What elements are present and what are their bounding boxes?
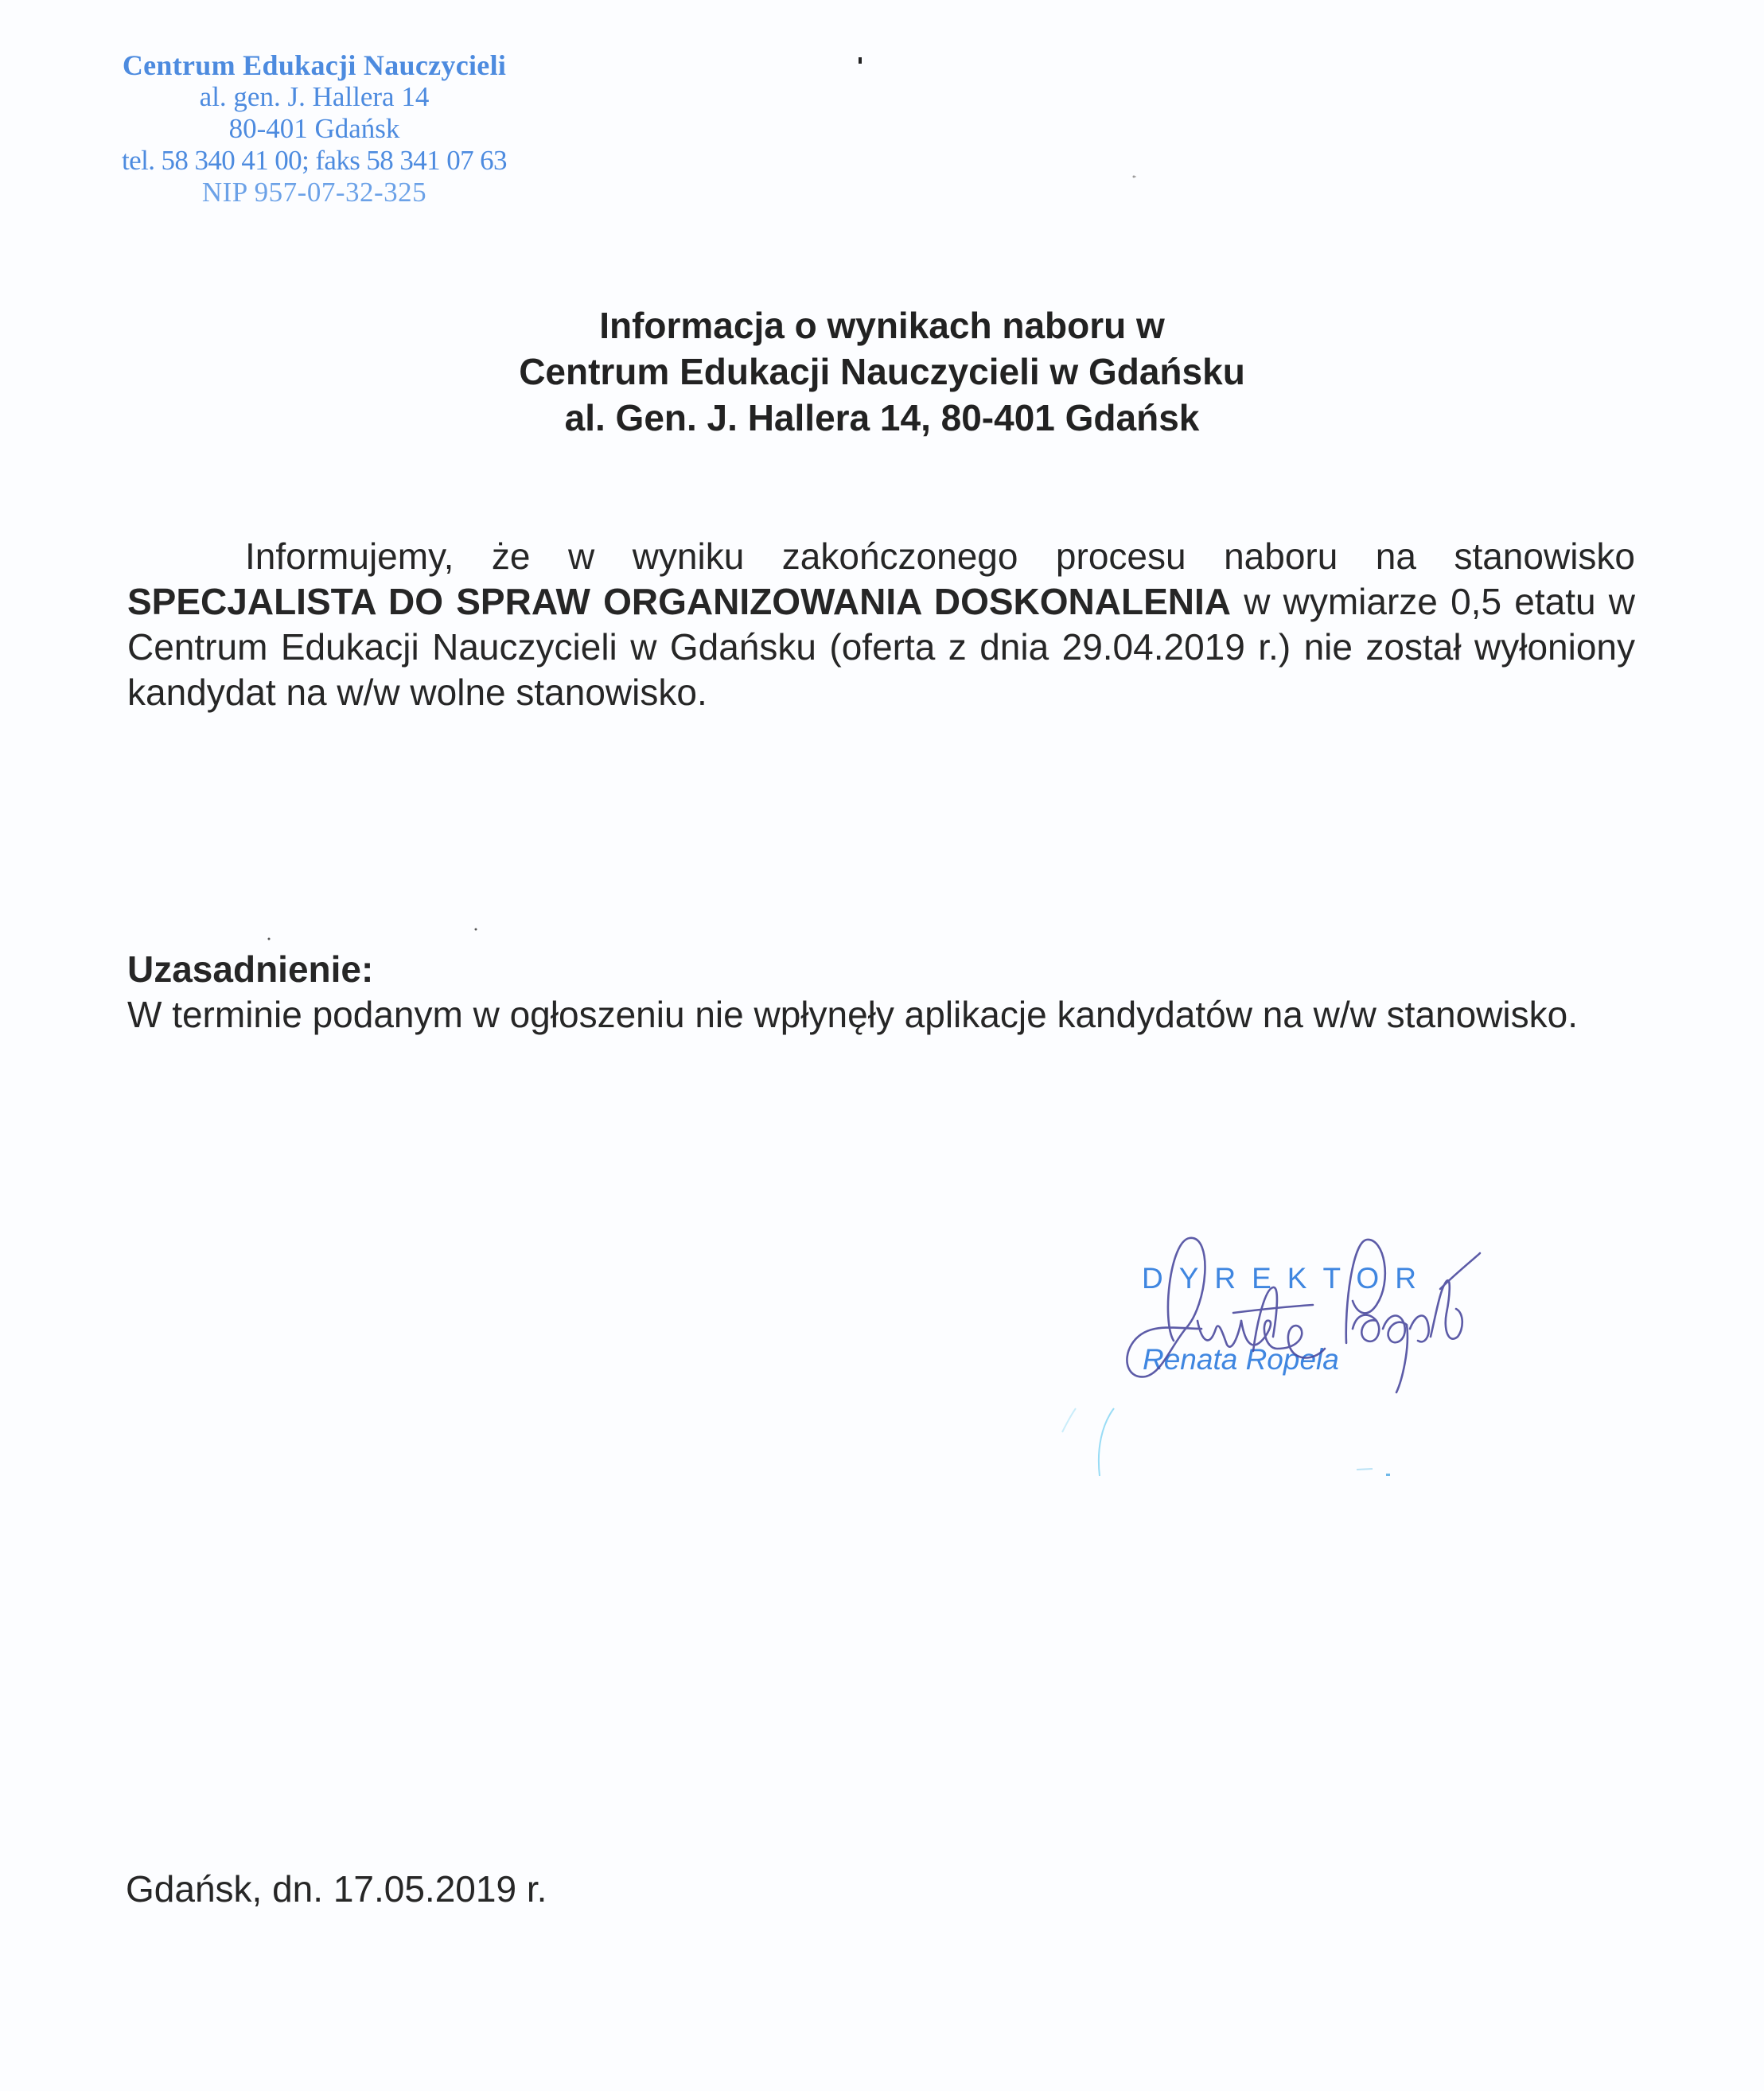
stamp-phone-fax: tel. 58 340 41 00; faks 58 341 07 63: [95, 145, 533, 177]
justification-section: Uzasadnienie: W terminie podanym w ogłos…: [127, 947, 1635, 1038]
document-date: Gdańsk, dn. 17.05.2019 r.: [126, 1867, 547, 1912]
stamp-street-address: al. gen. J. Hallera 14: [95, 81, 533, 113]
stamp-institution-name: Centrum Edukacji Nauczycieli: [95, 49, 533, 81]
handwritten-signature-icon: [1114, 1209, 1480, 1416]
director-signature-block: DYREKTOR Renata Ropela: [1114, 1209, 1480, 1416]
title-line-3: al. Gen. J. Hallera 14, 80-401 Gdańsk: [0, 395, 1764, 441]
justification-text: W terminie podanym w ogłoszeniu nie wpły…: [127, 992, 1635, 1038]
document-page: Centrum Edukacji Nauczycieli al. gen. J.…: [0, 0, 1764, 2091]
stamp-postal-city: 80-401 Gdańsk: [95, 113, 533, 145]
result-paragraph: Informujemy, że w wyniku zakończonego pr…: [127, 534, 1635, 715]
stamp-tax-id: NIP 957-07-32-325: [95, 177, 533, 208]
title-line-2: Centrum Edukacji Nauczycieli w Gdańsku: [0, 348, 1764, 395]
position-name: SPECJALISTA DO SPRAW ORGANIZOWANIA DOSKO…: [127, 581, 1231, 622]
document-title: Informacja o wynikach naboru w Centrum E…: [0, 302, 1764, 441]
title-line-1: Informacja o wynikach naboru w: [0, 302, 1764, 348]
justification-heading: Uzasadnienie:: [127, 947, 1635, 992]
institution-stamp: Centrum Edukacji Nauczycieli al. gen. J.…: [95, 49, 533, 208]
paragraph-intro: Informujemy, że w wyniku zakończonego pr…: [245, 535, 1635, 577]
